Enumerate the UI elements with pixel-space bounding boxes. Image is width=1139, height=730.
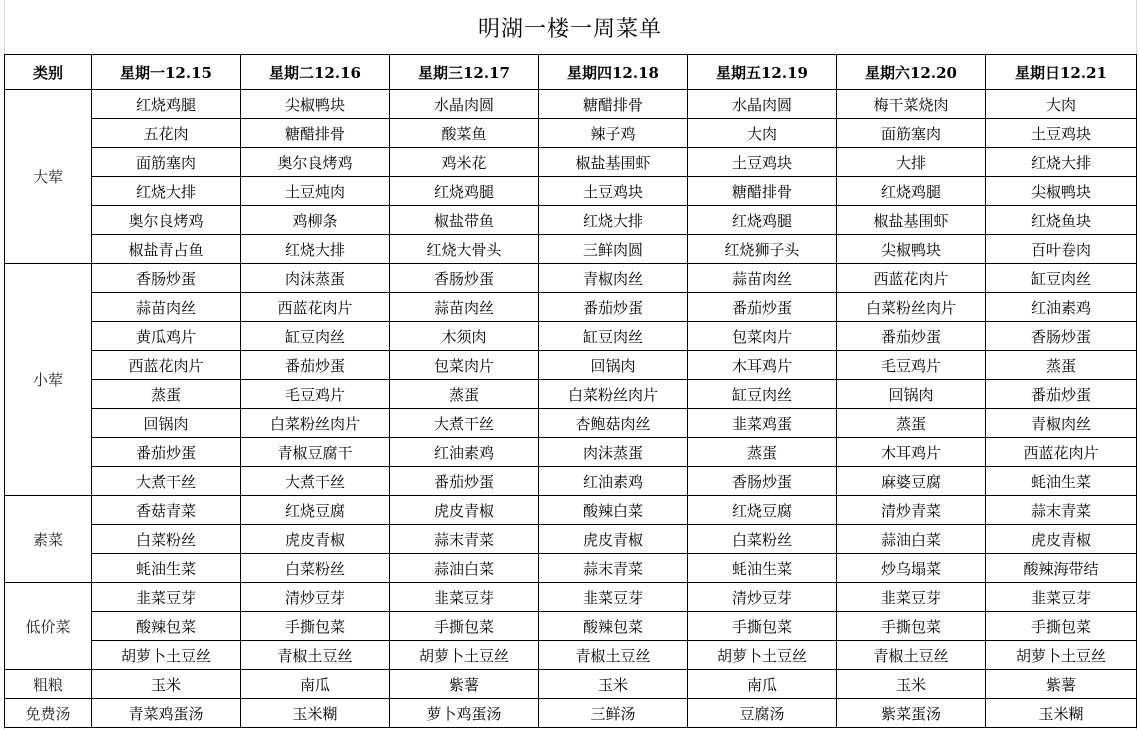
dish-cell-tuesday: 南瓜 [241,670,390,699]
dish-cell-thursday: 杏鲍菇肉丝 [539,409,688,438]
dish-cell-friday: 水晶肉圆 [688,90,837,119]
dish-cell-wednesday: 蒜油白菜 [390,554,539,583]
category-big-meat: 大荤 [5,90,92,264]
dish-cell-sunday: 土豆鸡块 [986,119,1137,148]
dish-cell-wednesday: 水晶肉圆 [390,90,539,119]
dish-cell-friday: 蒜苗肉丝 [688,264,837,293]
dish-cell-monday: 酸辣包菜 [92,612,241,641]
dish-cell-sunday: 虎皮青椒 [986,525,1137,554]
dish-cell-saturday: 椒盐基围虾 [837,206,986,235]
dish-cell-wednesday: 红烧鸡腿 [390,177,539,206]
dish-cell-monday: 蒸蛋 [92,380,241,409]
dish-cell-friday: 木耳鸡片 [688,351,837,380]
dish-cell-saturday: 白菜粉丝肉片 [837,293,986,322]
table-row: 小荤香肠炒蛋肉沫蒸蛋香肠炒蛋青椒肉丝蒜苗肉丝西蓝花肉片缸豆肉丝 [5,264,1137,293]
dish-cell-monday: 奥尔良烤鸡 [92,206,241,235]
dish-cell-wednesday: 鸡米花 [390,148,539,177]
dish-cell-saturday: 面筋塞肉 [837,119,986,148]
dish-cell-saturday: 梅干菜烧肉 [837,90,986,119]
dish-cell-thursday: 椒盐基围虾 [539,148,688,177]
dish-cell-monday: 红烧鸡腿 [92,90,241,119]
category-budget: 低价菜 [5,583,92,670]
dish-cell-monday: 椒盐青占鱼 [92,235,241,264]
header-thursday: 星期四12.18 [539,55,688,90]
dish-cell-saturday: 青椒土豆丝 [837,641,986,670]
dish-cell-wednesday: 红油素鸡 [390,438,539,467]
dish-cell-wednesday: 包菜肉片 [390,351,539,380]
dish-cell-sunday: 香肠炒蛋 [986,322,1137,351]
dish-cell-saturday: 韭菜豆芽 [837,583,986,612]
table-row: 椒盐青占鱼红烧大排红烧大骨头三鲜肉圆红烧狮子头尖椒鸭块百叶卷肉 [5,235,1137,264]
dish-cell-tuesday: 红烧豆腐 [241,496,390,525]
table-row: 素菜香菇青菜红烧豆腐虎皮青椒酸辣白菜红烧豆腐清炒青菜蒜末青菜 [5,496,1137,525]
header-wednesday: 星期三12.17 [390,55,539,90]
table-row: 回锅肉白菜粉丝肉片大煮干丝杏鲍菇肉丝韭菜鸡蛋蒸蛋青椒肉丝 [5,409,1137,438]
dish-cell-tuesday: 缸豆肉丝 [241,322,390,351]
dish-cell-thursday: 回锅肉 [539,351,688,380]
dish-cell-sunday: 蚝油生菜 [986,467,1137,496]
dish-cell-tuesday: 鸡柳条 [241,206,390,235]
table-row: 蒸蛋毛豆鸡片蒸蛋白菜粉丝肉片缸豆肉丝回锅肉番茄炒蛋 [5,380,1137,409]
dish-cell-saturday: 蒸蛋 [837,409,986,438]
table-row: 免费汤青菜鸡蛋汤玉米糊萝卜鸡蛋汤三鲜汤豆腐汤紫菜蛋汤玉米糊 [5,699,1137,728]
dish-cell-wednesday: 椒盐带鱼 [390,206,539,235]
dish-cell-sunday: 韭菜豆芽 [986,583,1137,612]
dish-cell-monday: 回锅肉 [92,409,241,438]
dish-cell-wednesday: 蒜末青菜 [390,525,539,554]
dish-cell-sunday: 百叶卷肉 [986,235,1137,264]
header-monday: 星期一12.15 [92,55,241,90]
dish-cell-thursday: 土豆鸡块 [539,177,688,206]
dish-cell-wednesday: 紫薯 [390,670,539,699]
dish-cell-saturday: 炒乌塌菜 [837,554,986,583]
dish-cell-monday: 蒜苗肉丝 [92,293,241,322]
table-row: 胡萝卜土豆丝青椒土豆丝胡萝卜土豆丝青椒土豆丝胡萝卜土豆丝青椒土豆丝胡萝卜土豆丝 [5,641,1137,670]
dish-cell-friday: 蚝油生菜 [688,554,837,583]
dish-cell-saturday: 木耳鸡片 [837,438,986,467]
dish-cell-monday: 白菜粉丝 [92,525,241,554]
weekly-menu-table: 类别 星期一12.15 星期二12.16 星期三12.17 星期四12.18 星… [4,54,1137,728]
header-category: 类别 [5,55,92,90]
dish-cell-tuesday: 肉沫蒸蛋 [241,264,390,293]
table-row: 西蓝花肉片番茄炒蛋包菜肉片回锅肉木耳鸡片毛豆鸡片蒸蛋 [5,351,1137,380]
dish-cell-friday: 缸豆肉丝 [688,380,837,409]
dish-cell-tuesday: 大煮干丝 [241,467,390,496]
header-row: 类别 星期一12.15 星期二12.16 星期三12.17 星期四12.18 星… [5,55,1137,90]
dish-cell-monday: 红烧大排 [92,177,241,206]
table-row: 五花肉糖醋排骨酸菜鱼辣子鸡大肉面筋塞肉土豆鸡块 [5,119,1137,148]
dish-cell-monday: 面筋塞肉 [92,148,241,177]
dish-cell-tuesday: 虎皮青椒 [241,525,390,554]
dish-cell-sunday: 尖椒鸭块 [986,177,1137,206]
dish-cell-tuesday: 尖椒鸭块 [241,90,390,119]
dish-cell-sunday: 番茄炒蛋 [986,380,1137,409]
table-row: 蚝油生菜白菜粉丝蒜油白菜蒜末青菜蚝油生菜炒乌塌菜酸辣海带结 [5,554,1137,583]
table-row: 大煮干丝大煮干丝番茄炒蛋红油素鸡香肠炒蛋麻婆豆腐蚝油生菜 [5,467,1137,496]
dish-cell-saturday: 蒜油白菜 [837,525,986,554]
dish-cell-friday: 手撕包菜 [688,612,837,641]
dish-cell-saturday: 西蓝花肉片 [837,264,986,293]
dish-cell-wednesday: 大煮干丝 [390,409,539,438]
dish-cell-tuesday: 奥尔良烤鸡 [241,148,390,177]
category-grain: 粗粮 [5,670,92,699]
dish-cell-friday: 红烧豆腐 [688,496,837,525]
category-free-soup: 免费汤 [5,699,92,728]
dish-cell-tuesday: 土豆炖肉 [241,177,390,206]
dish-cell-thursday: 红油素鸡 [539,467,688,496]
dish-cell-tuesday: 手撕包菜 [241,612,390,641]
dish-cell-wednesday: 红烧大骨头 [390,235,539,264]
dish-cell-friday: 胡萝卜土豆丝 [688,641,837,670]
dish-cell-thursday: 酸辣包菜 [539,612,688,641]
dish-cell-thursday: 红烧大排 [539,206,688,235]
dish-cell-saturday: 大排 [837,148,986,177]
dish-cell-saturday: 手撕包菜 [837,612,986,641]
dish-cell-monday: 韭菜豆芽 [92,583,241,612]
dish-cell-sunday: 红油素鸡 [986,293,1137,322]
dish-cell-tuesday: 番茄炒蛋 [241,351,390,380]
dish-cell-thursday: 玉米 [539,670,688,699]
dish-cell-wednesday: 蒸蛋 [390,380,539,409]
dish-cell-tuesday: 清炒豆芽 [241,583,390,612]
table-row: 奥尔良烤鸡鸡柳条椒盐带鱼红烧大排红烧鸡腿椒盐基围虾红烧鱼块 [5,206,1137,235]
table-row: 白菜粉丝虎皮青椒蒜末青菜虎皮青椒白菜粉丝蒜油白菜虎皮青椒 [5,525,1137,554]
table-row: 低价菜韭菜豆芽清炒豆芽韭菜豆芽韭菜豆芽清炒豆芽韭菜豆芽韭菜豆芽 [5,583,1137,612]
dish-cell-thursday: 青椒肉丝 [539,264,688,293]
dish-cell-thursday: 糖醋排骨 [539,90,688,119]
dish-cell-thursday: 三鲜肉圆 [539,235,688,264]
header-tuesday: 星期二12.16 [241,55,390,90]
dish-cell-saturday: 红烧鸡腿 [837,177,986,206]
dish-cell-sunday: 酸辣海带结 [986,554,1137,583]
dish-cell-monday: 蚝油生菜 [92,554,241,583]
header-saturday: 星期六12.20 [837,55,986,90]
dish-cell-wednesday: 韭菜豆芽 [390,583,539,612]
menu-body: 大荤红烧鸡腿尖椒鸭块水晶肉圆糖醋排骨水晶肉圆梅干菜烧肉大肉五花肉糖醋排骨酸菜鱼辣… [5,90,1137,728]
dish-cell-tuesday: 青椒土豆丝 [241,641,390,670]
dish-cell-tuesday: 西蓝花肉片 [241,293,390,322]
dish-cell-wednesday: 胡萝卜土豆丝 [390,641,539,670]
dish-cell-friday: 豆腐汤 [688,699,837,728]
table-row: 番茄炒蛋青椒豆腐干红油素鸡肉沫蒸蛋蒸蛋木耳鸡片西蓝花肉片 [5,438,1137,467]
table-row: 红烧大排土豆炖肉红烧鸡腿土豆鸡块糖醋排骨红烧鸡腿尖椒鸭块 [5,177,1137,206]
dish-cell-saturday: 紫菜蛋汤 [837,699,986,728]
dish-cell-saturday: 麻婆豆腐 [837,467,986,496]
dish-cell-sunday: 胡萝卜土豆丝 [986,641,1137,670]
header-friday: 星期五12.19 [688,55,837,90]
dish-cell-wednesday: 酸菜鱼 [390,119,539,148]
dish-cell-sunday: 青椒肉丝 [986,409,1137,438]
table-row: 黄瓜鸡片缸豆肉丝木须肉缸豆肉丝包菜肉片番茄炒蛋香肠炒蛋 [5,322,1137,351]
dish-cell-wednesday: 萝卜鸡蛋汤 [390,699,539,728]
dish-cell-sunday: 红烧鱼块 [986,206,1137,235]
dish-cell-thursday: 番茄炒蛋 [539,293,688,322]
dish-cell-thursday: 三鲜汤 [539,699,688,728]
dish-cell-friday: 糖醋排骨 [688,177,837,206]
dish-cell-thursday: 缸豆肉丝 [539,322,688,351]
dish-cell-saturday: 番茄炒蛋 [837,322,986,351]
dish-cell-saturday: 回锅肉 [837,380,986,409]
dish-cell-wednesday: 木须肉 [390,322,539,351]
dish-cell-thursday: 辣子鸡 [539,119,688,148]
dish-cell-tuesday: 白菜粉丝 [241,554,390,583]
dish-cell-sunday: 蒜末青菜 [986,496,1137,525]
dish-cell-monday: 青菜鸡蛋汤 [92,699,241,728]
dish-cell-saturday: 玉米 [837,670,986,699]
dish-cell-thursday: 青椒土豆丝 [539,641,688,670]
dish-cell-tuesday: 青椒豆腐干 [241,438,390,467]
dish-cell-friday: 白菜粉丝 [688,525,837,554]
dish-cell-tuesday: 毛豆鸡片 [241,380,390,409]
dish-cell-thursday: 虎皮青椒 [539,525,688,554]
dish-cell-wednesday: 虎皮青椒 [390,496,539,525]
header-sunday: 星期日12.21 [986,55,1137,90]
dish-cell-thursday: 韭菜豆芽 [539,583,688,612]
table-row: 酸辣包菜手撕包菜手撕包菜酸辣包菜手撕包菜手撕包菜手撕包菜 [5,612,1137,641]
dish-cell-thursday: 酸辣白菜 [539,496,688,525]
dish-cell-tuesday: 糖醋排骨 [241,119,390,148]
dish-cell-sunday: 蒸蛋 [986,351,1137,380]
dish-cell-friday: 蒸蛋 [688,438,837,467]
dish-cell-monday: 西蓝花肉片 [92,351,241,380]
table-row: 面筋塞肉奥尔良烤鸡鸡米花椒盐基围虾土豆鸡块大排红烧大排 [5,148,1137,177]
dish-cell-wednesday: 香肠炒蛋 [390,264,539,293]
dish-cell-tuesday: 玉米糊 [241,699,390,728]
table-row: 大荤红烧鸡腿尖椒鸭块水晶肉圆糖醋排骨水晶肉圆梅干菜烧肉大肉 [5,90,1137,119]
dish-cell-friday: 红烧鸡腿 [688,206,837,235]
dish-cell-wednesday: 蒜苗肉丝 [390,293,539,322]
dish-cell-sunday: 缸豆肉丝 [986,264,1137,293]
category-vegetable: 素菜 [5,496,92,583]
dish-cell-friday: 大肉 [688,119,837,148]
dish-cell-friday: 南瓜 [688,670,837,699]
dish-cell-monday: 五花肉 [92,119,241,148]
dish-cell-wednesday: 番茄炒蛋 [390,467,539,496]
dish-cell-monday: 大煮干丝 [92,467,241,496]
dish-cell-sunday: 西蓝花肉片 [986,438,1137,467]
table-row: 蒜苗肉丝西蓝花肉片蒜苗肉丝番茄炒蛋番茄炒蛋白菜粉丝肉片红油素鸡 [5,293,1137,322]
dish-cell-friday: 清炒豆芽 [688,583,837,612]
dish-cell-friday: 包菜肉片 [688,322,837,351]
dish-cell-thursday: 白菜粉丝肉片 [539,380,688,409]
dish-cell-wednesday: 手撕包菜 [390,612,539,641]
dish-cell-friday: 韭菜鸡蛋 [688,409,837,438]
dish-cell-sunday: 红烧大排 [986,148,1137,177]
dish-cell-friday: 番茄炒蛋 [688,293,837,322]
dish-cell-friday: 香肠炒蛋 [688,467,837,496]
dish-cell-saturday: 清炒青菜 [837,496,986,525]
dish-cell-monday: 黄瓜鸡片 [92,322,241,351]
dish-cell-sunday: 大肉 [986,90,1137,119]
dish-cell-monday: 香肠炒蛋 [92,264,241,293]
dish-cell-saturday: 尖椒鸭块 [837,235,986,264]
dish-cell-monday: 玉米 [92,670,241,699]
dish-cell-sunday: 紫薯 [986,670,1137,699]
category-small-meat: 小荤 [5,264,92,496]
dish-cell-sunday: 玉米糊 [986,699,1137,728]
dish-cell-thursday: 蒜末青菜 [539,554,688,583]
dish-cell-monday: 番茄炒蛋 [92,438,241,467]
dish-cell-tuesday: 红烧大排 [241,235,390,264]
table-row: 粗粮玉米南瓜紫薯玉米南瓜玉米紫薯 [5,670,1137,699]
dish-cell-friday: 土豆鸡块 [688,148,837,177]
dish-cell-friday: 红烧狮子头 [688,235,837,264]
page-title: 明湖一楼一周菜单 [4,0,1136,54]
dish-cell-sunday: 手撕包菜 [986,612,1137,641]
dish-cell-saturday: 毛豆鸡片 [837,351,986,380]
dish-cell-thursday: 肉沫蒸蛋 [539,438,688,467]
dish-cell-tuesday: 白菜粉丝肉片 [241,409,390,438]
dish-cell-monday: 香菇青菜 [92,496,241,525]
dish-cell-monday: 胡萝卜土豆丝 [92,641,241,670]
